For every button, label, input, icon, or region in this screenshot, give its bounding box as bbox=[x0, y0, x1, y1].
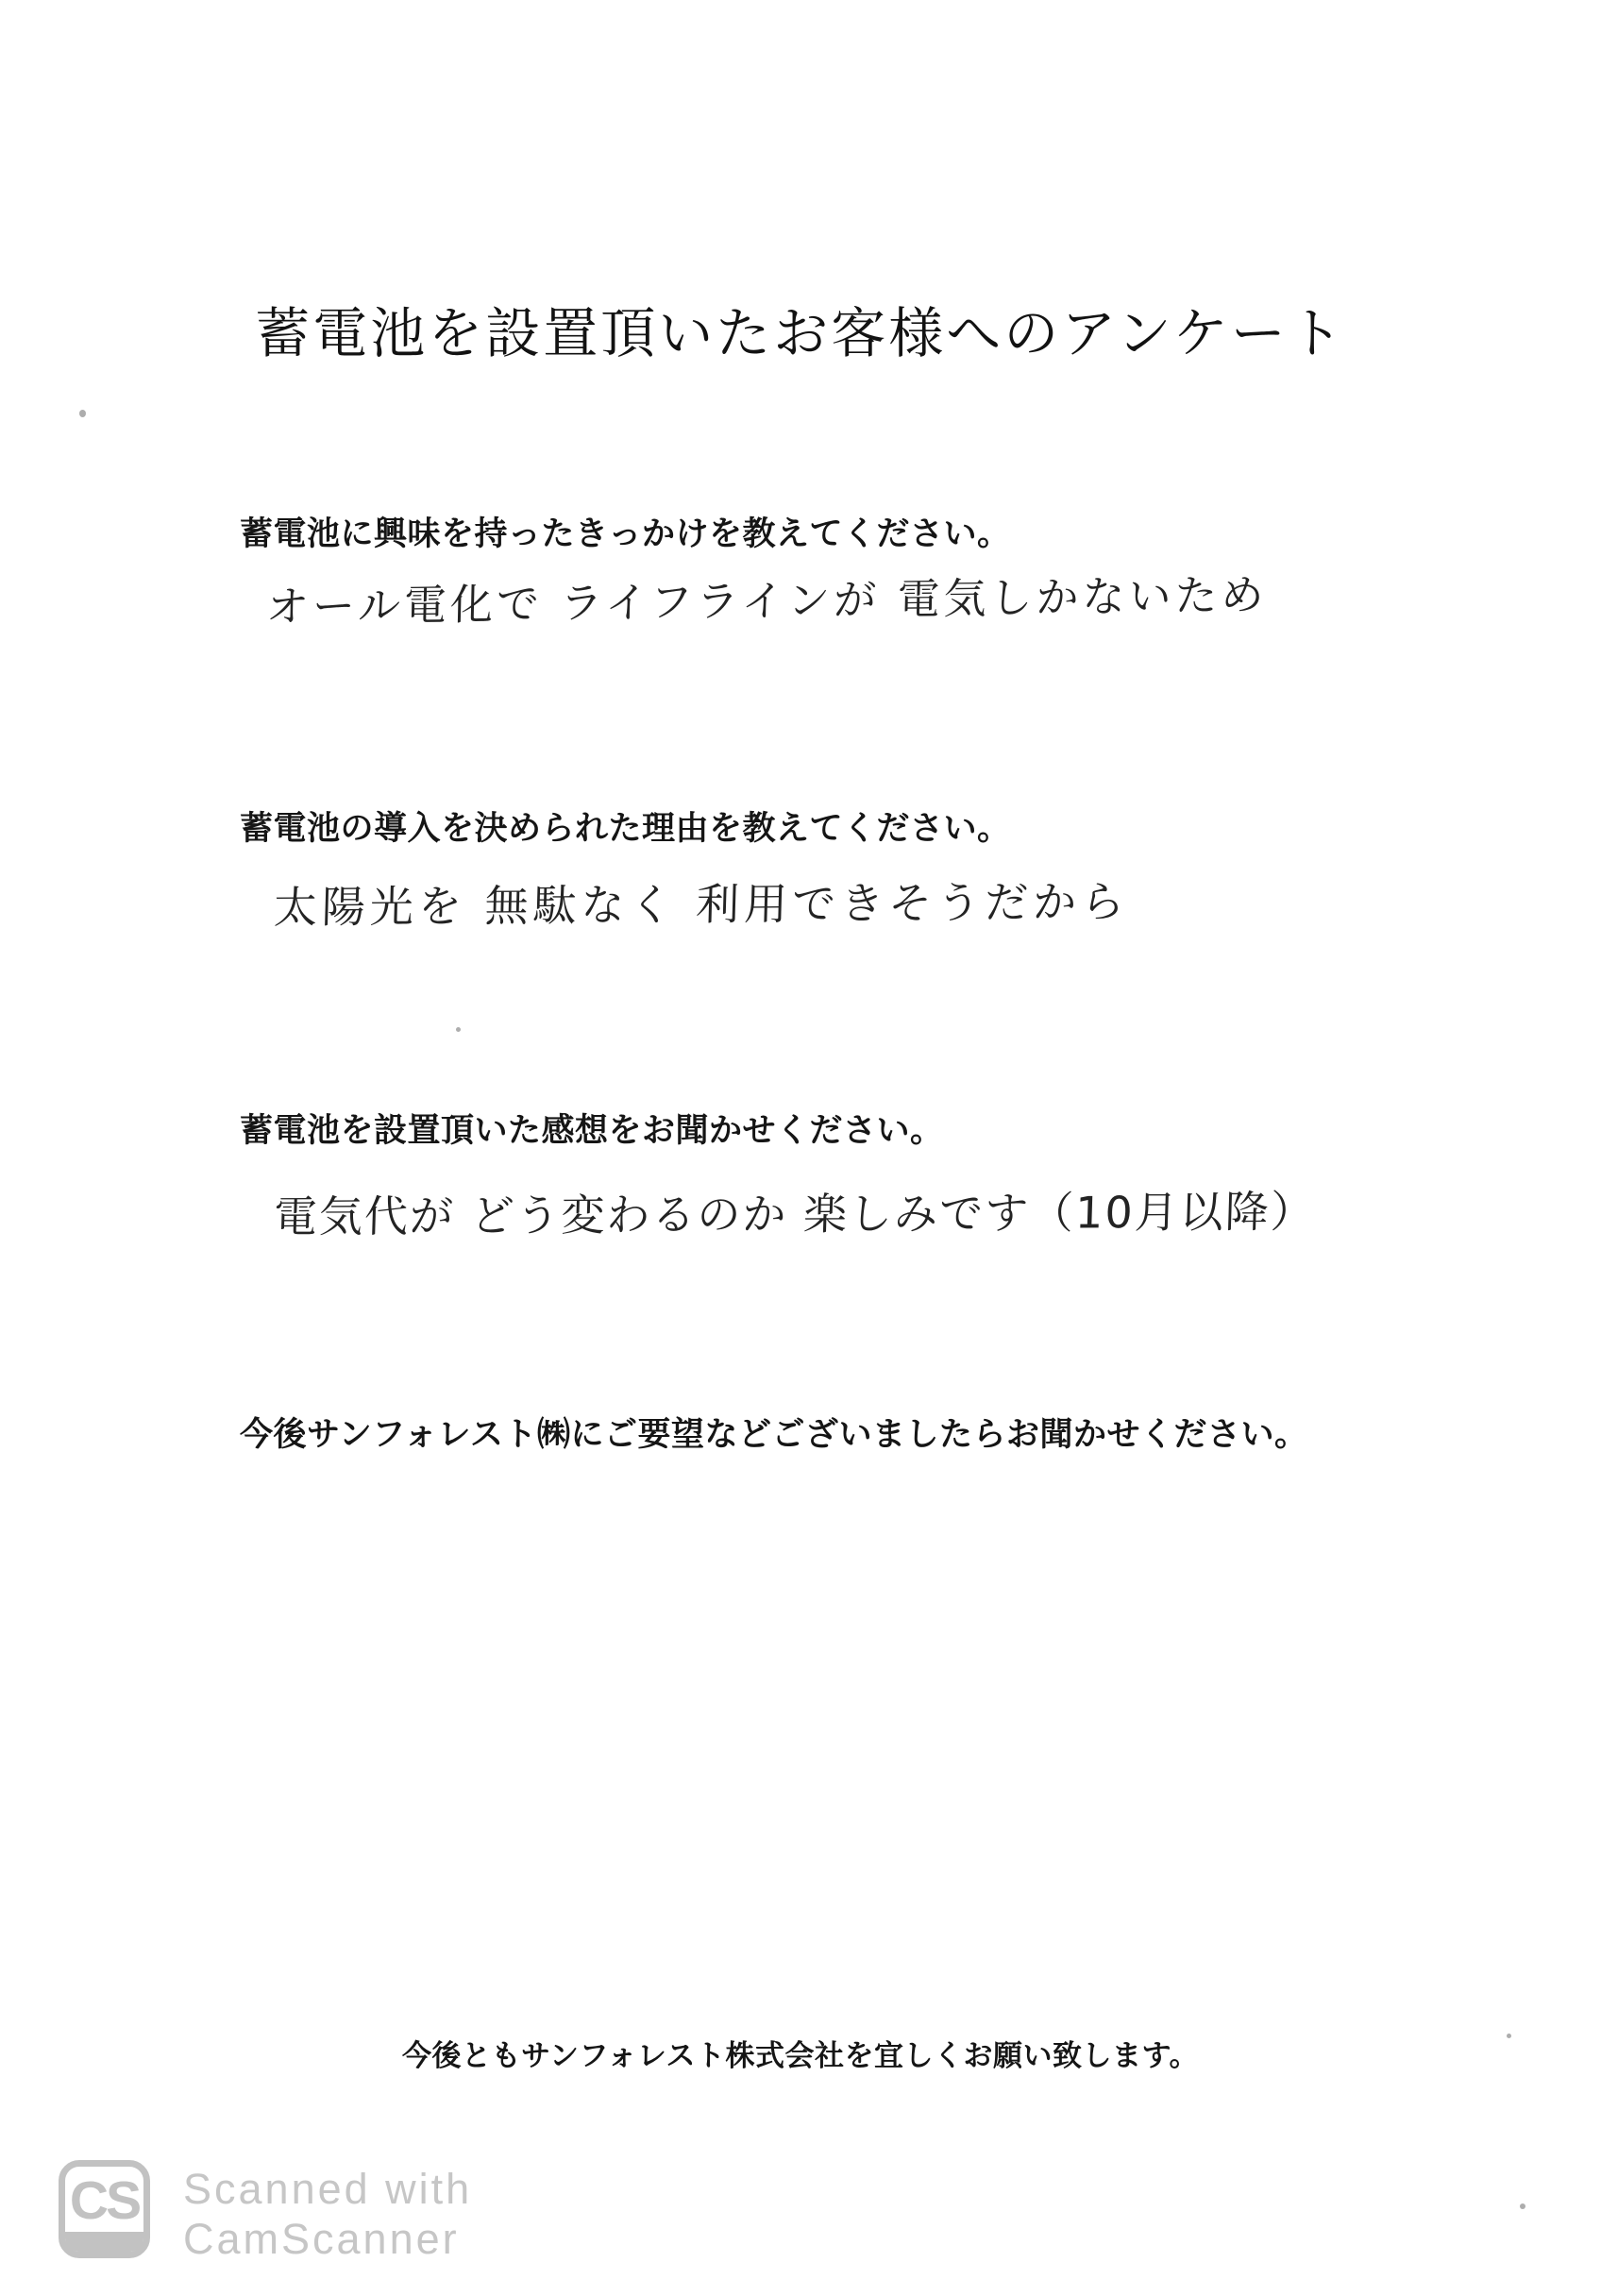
camscanner-logo-icon: CS bbox=[59, 2160, 150, 2258]
question-4-label: 今後サンフォレスト㈱にご要望などございましたらお聞かせください。 bbox=[240, 1409, 1307, 1456]
question-3-label: 蓄電池を設置頂いた感想をお聞かせください。 bbox=[240, 1105, 944, 1152]
question-1-handwritten-answer: オール電化で ライフラインが 電気しかないため bbox=[265, 561, 1268, 634]
scan-speck bbox=[1507, 2034, 1511, 2038]
question-3-handwritten-answer: 電気代が どう変わるのか 楽しみです（10月以降） bbox=[273, 1177, 1317, 1245]
question-2-handwritten-answer: 太陽光を 無駄なく 利用できそうだから bbox=[273, 868, 1130, 936]
scan-speck bbox=[79, 410, 86, 417]
watermark-line-1: Scanned with bbox=[183, 2164, 472, 2214]
camscanner-watermark-text: Scanned with CamScanner bbox=[183, 2164, 472, 2264]
camscanner-logo-text: CS bbox=[65, 2169, 143, 2232]
watermark-line-2: CamScanner bbox=[183, 2214, 472, 2264]
footer-note: 今後ともサンフォレスト株式会社を宜しくお願い致します。 bbox=[0, 2032, 1601, 2074]
scanned-survey-page: 蓄電池を設置頂いたお客様へのアンケート 蓄電池に興味を持ったきっかけを教えてくだ… bbox=[0, 0, 1601, 2296]
question-2-label: 蓄電池の導入を決められた理由を教えてください。 bbox=[240, 802, 1011, 850]
question-1-label: 蓄電池に興味を持ったきっかけを教えてください。 bbox=[240, 508, 1011, 555]
scan-speck bbox=[1520, 2203, 1525, 2209]
camscanner-logo-band bbox=[65, 2232, 143, 2252]
scan-speck bbox=[456, 1027, 461, 1032]
page-title: 蓄電池を設置頂いたお客様へのアンケート bbox=[0, 289, 1601, 368]
